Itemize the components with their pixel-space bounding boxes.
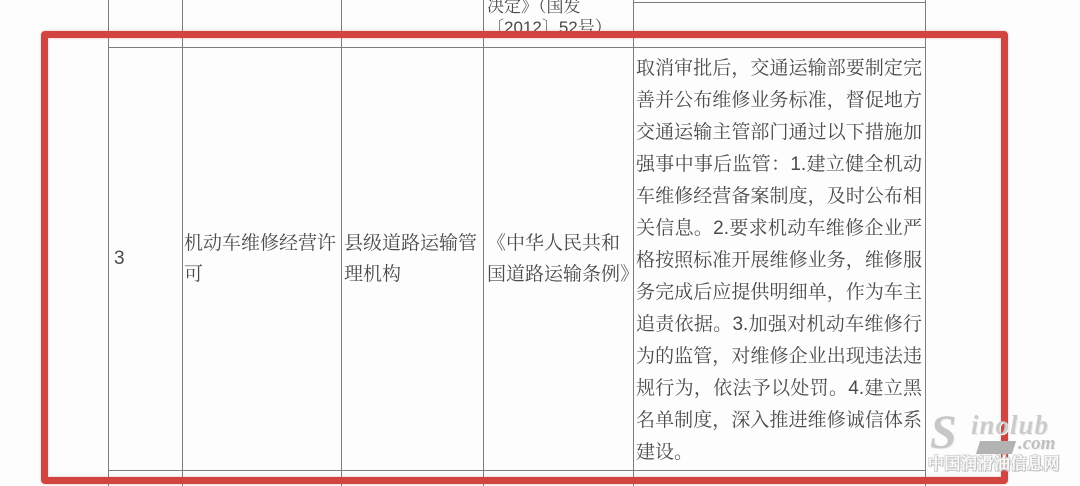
sinolub-watermark: S inolub .com 中国润滑油信息网: [926, 410, 1078, 482]
table-row-divider-measures-top: [633, 2, 925, 3]
table-row-divider-bottom: [108, 470, 925, 471]
row-legal-basis-cell: 《中华人民共和国道路运输条例》: [487, 47, 631, 470]
document-screenshot: 决定》（国发 〔2012〕52号） 3 机动车维修经营许可 县级道路运输管理机构…: [0, 0, 1080, 486]
previous-row-legal-basis-line2: 〔2012〕52号）: [487, 17, 633, 38]
table-column-divider-item: [341, 0, 342, 486]
row-regulation-measures: 取消审批后，交通运输部要制定完善并公布维修业务标准，督促地方交通运输主管部门通过…: [636, 58, 922, 463]
row-legal-basis: 《中华人民共和国道路运输条例》: [487, 228, 631, 290]
watermark-logo-initial: S: [930, 410, 957, 456]
previous-row-legal-basis-line1: 决定》（国发: [487, 0, 633, 17]
watermark-site-name: 中国润滑油信息网: [928, 456, 1060, 474]
table-column-divider-agency: [483, 0, 484, 486]
row-implementing-agency: 县级道路运输管理机构: [344, 228, 482, 290]
watermark-logo-block: [976, 441, 1016, 454]
previous-row-legal-basis: 决定》（国发 〔2012〕52号）: [487, 0, 633, 38]
row-regulation-measures-cell: 取消审批后，交通运输部要制定完善并公布维修业务标准，督促地方交通运输主管部门通过…: [636, 47, 922, 470]
watermark-logo-domain: .com: [1018, 434, 1055, 453]
row-number: 3: [114, 243, 125, 274]
row-item-name-cell: 机动车维修经营许可: [184, 47, 340, 470]
row-implementing-agency-cell: 县级道路运输管理机构: [344, 47, 482, 470]
table-column-divider-legal: [633, 0, 634, 486]
table-column-divider-number: [182, 0, 183, 486]
row-item-name: 机动车维修经营许可: [184, 228, 340, 290]
row-number-cell: 3: [109, 47, 181, 470]
